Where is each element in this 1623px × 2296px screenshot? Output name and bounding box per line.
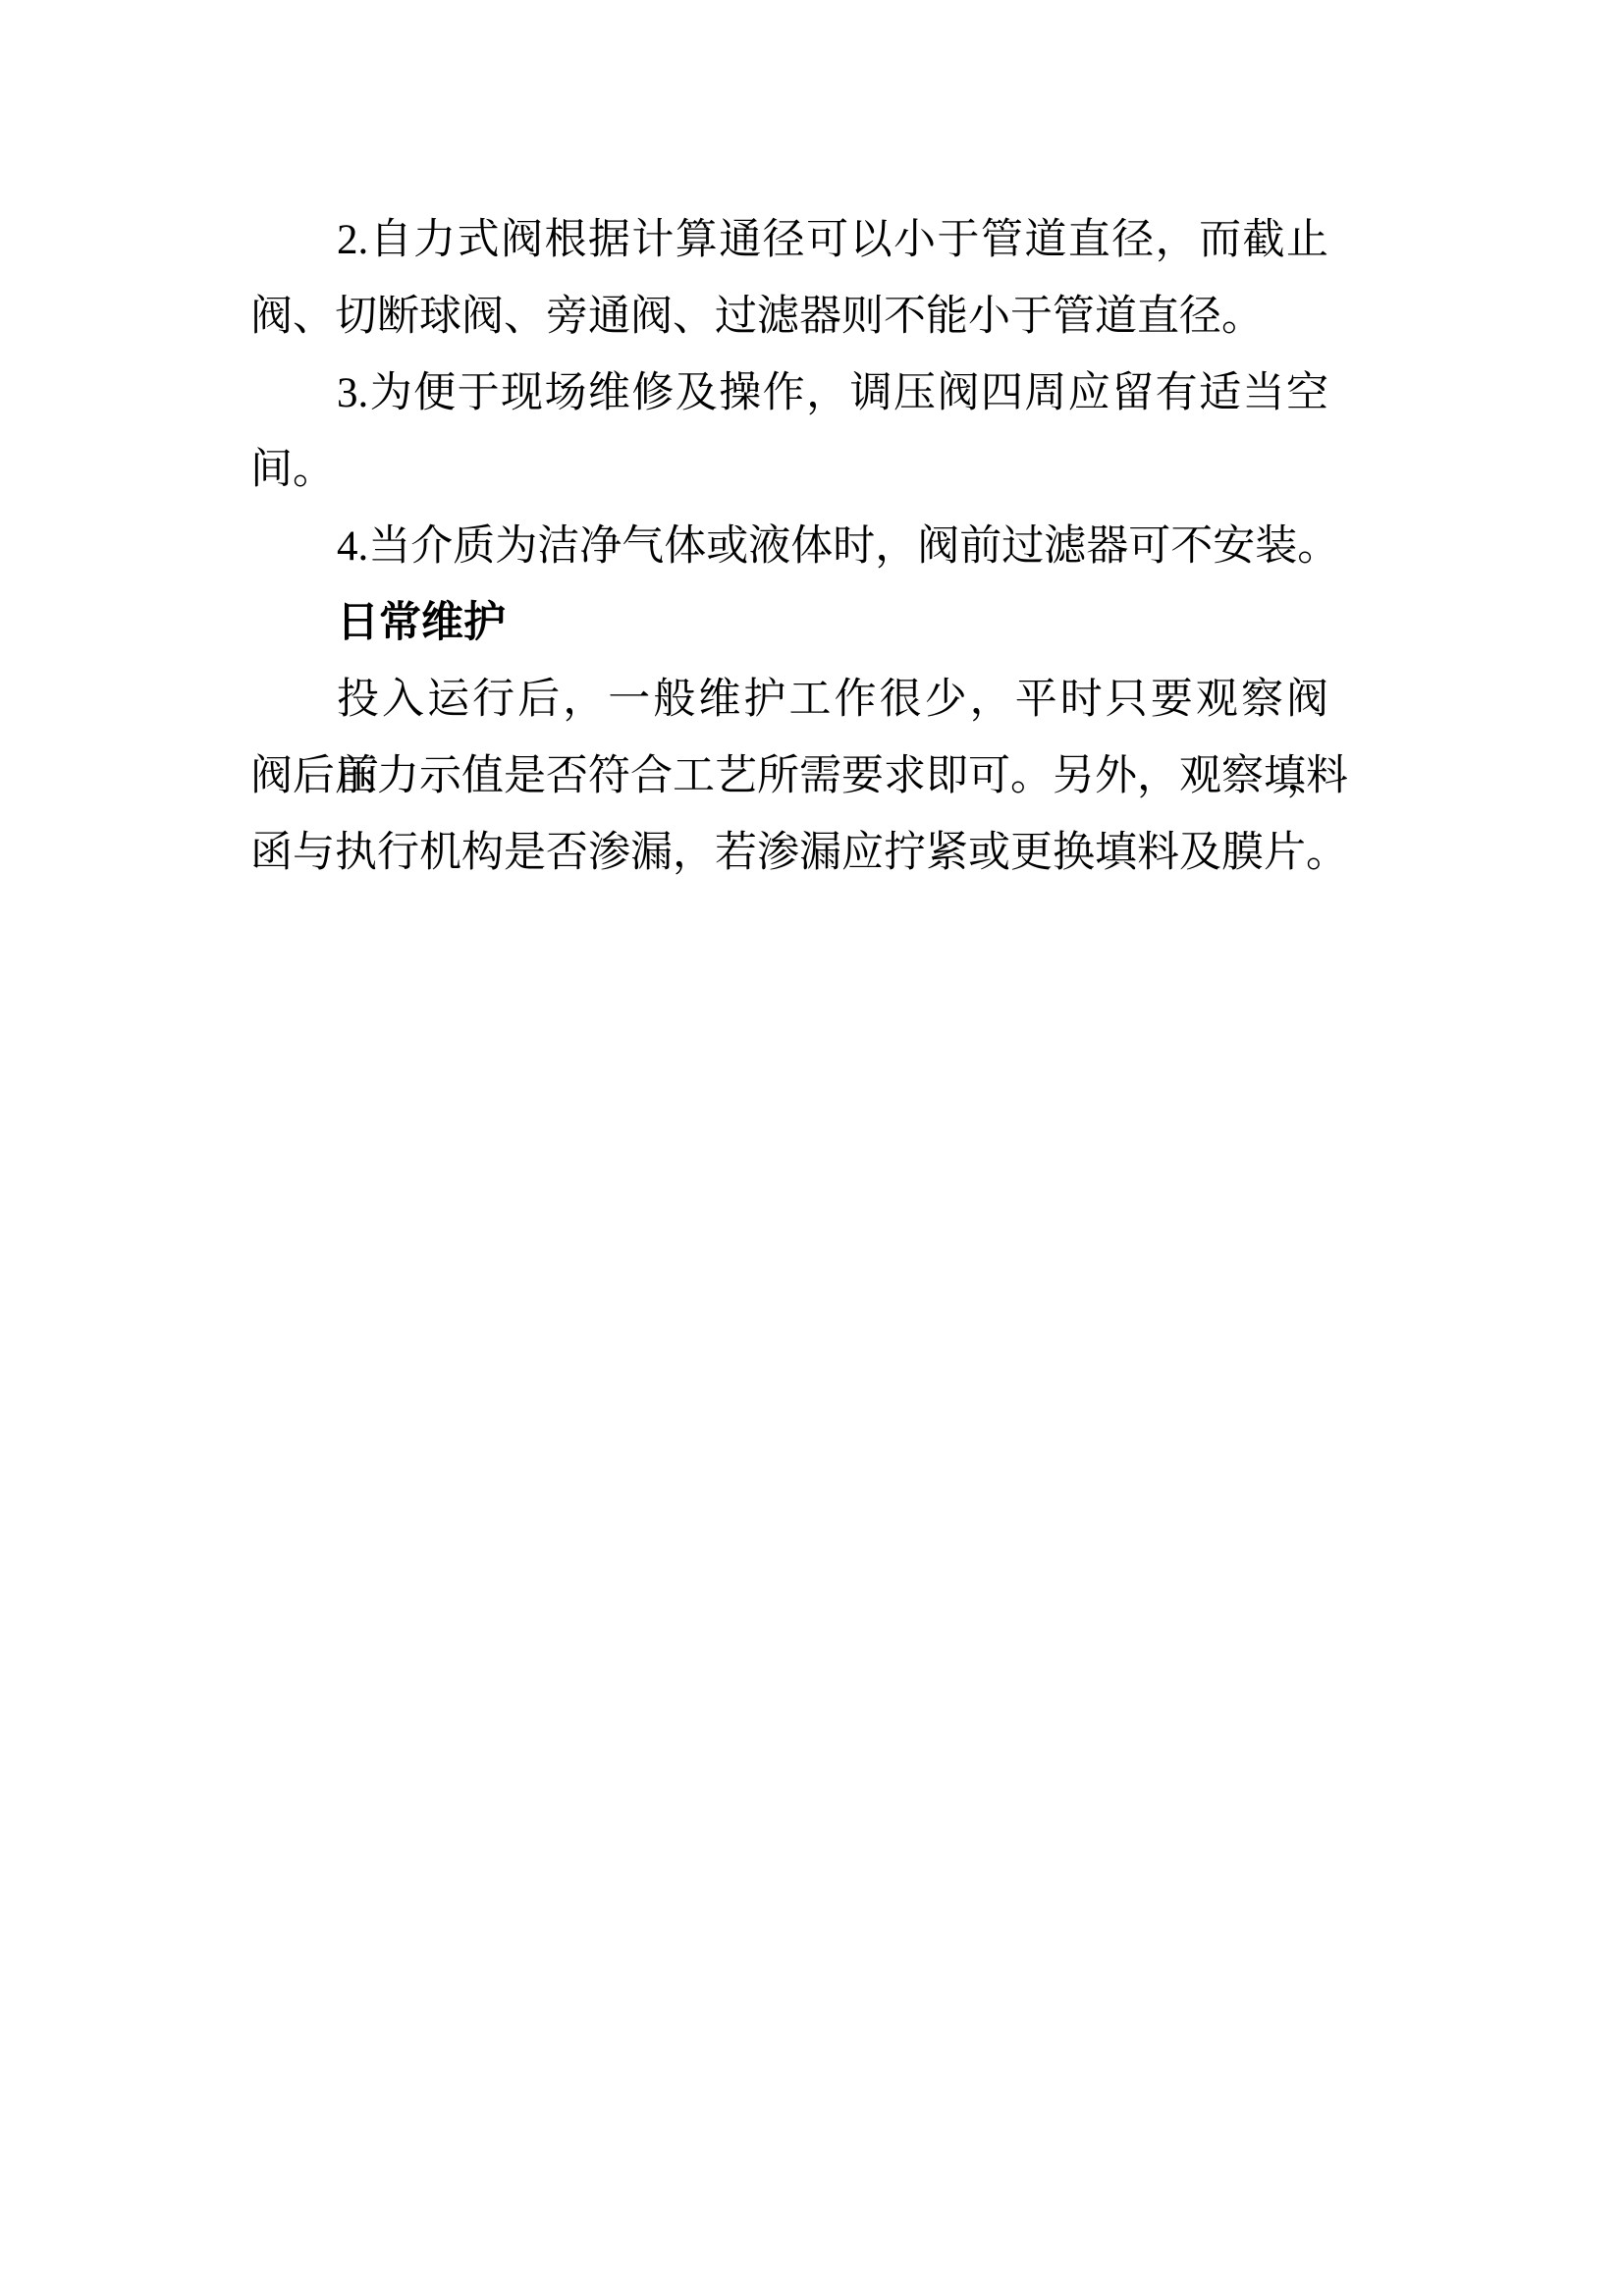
paragraph-line: 间。 (250, 432, 1328, 509)
paragraph-line: 函与执行机构是否渗漏，若渗漏应拧紧或更换填料及膜片。 (250, 815, 1328, 892)
paragraph-line: 2.自力式阀根据计算通径可以小于管道直径，而截止 (250, 202, 1328, 279)
document-page: 2.自力式阀根据计算通径可以小于管道直径，而截止阀、切断球阀、旁通阀、过滤器则不… (0, 0, 1623, 2296)
paragraph-line: 投入运行后，一般维护工作很少，平时只要观察阀前， (250, 662, 1328, 738)
paragraph-line: 4.当介质为洁净气体或液体时，阀前过滤器可不安装。 (250, 509, 1328, 585)
paragraph-line: 阀后压力示值是否符合工艺所需要求即可。另外，观察填料 (250, 738, 1328, 815)
paragraph-line: 阀、切断球阀、旁通阀、过滤器则不能小于管道直径。 (250, 279, 1328, 355)
section-heading: 日常维护 (250, 585, 1328, 662)
paragraph-line: 3.为便于现场维修及操作，调压阀四周应留有适当空 (250, 355, 1328, 432)
text-block: 2.自力式阀根据计算通径可以小于管道直径，而截止阀、切断球阀、旁通阀、过滤器则不… (250, 202, 1328, 892)
